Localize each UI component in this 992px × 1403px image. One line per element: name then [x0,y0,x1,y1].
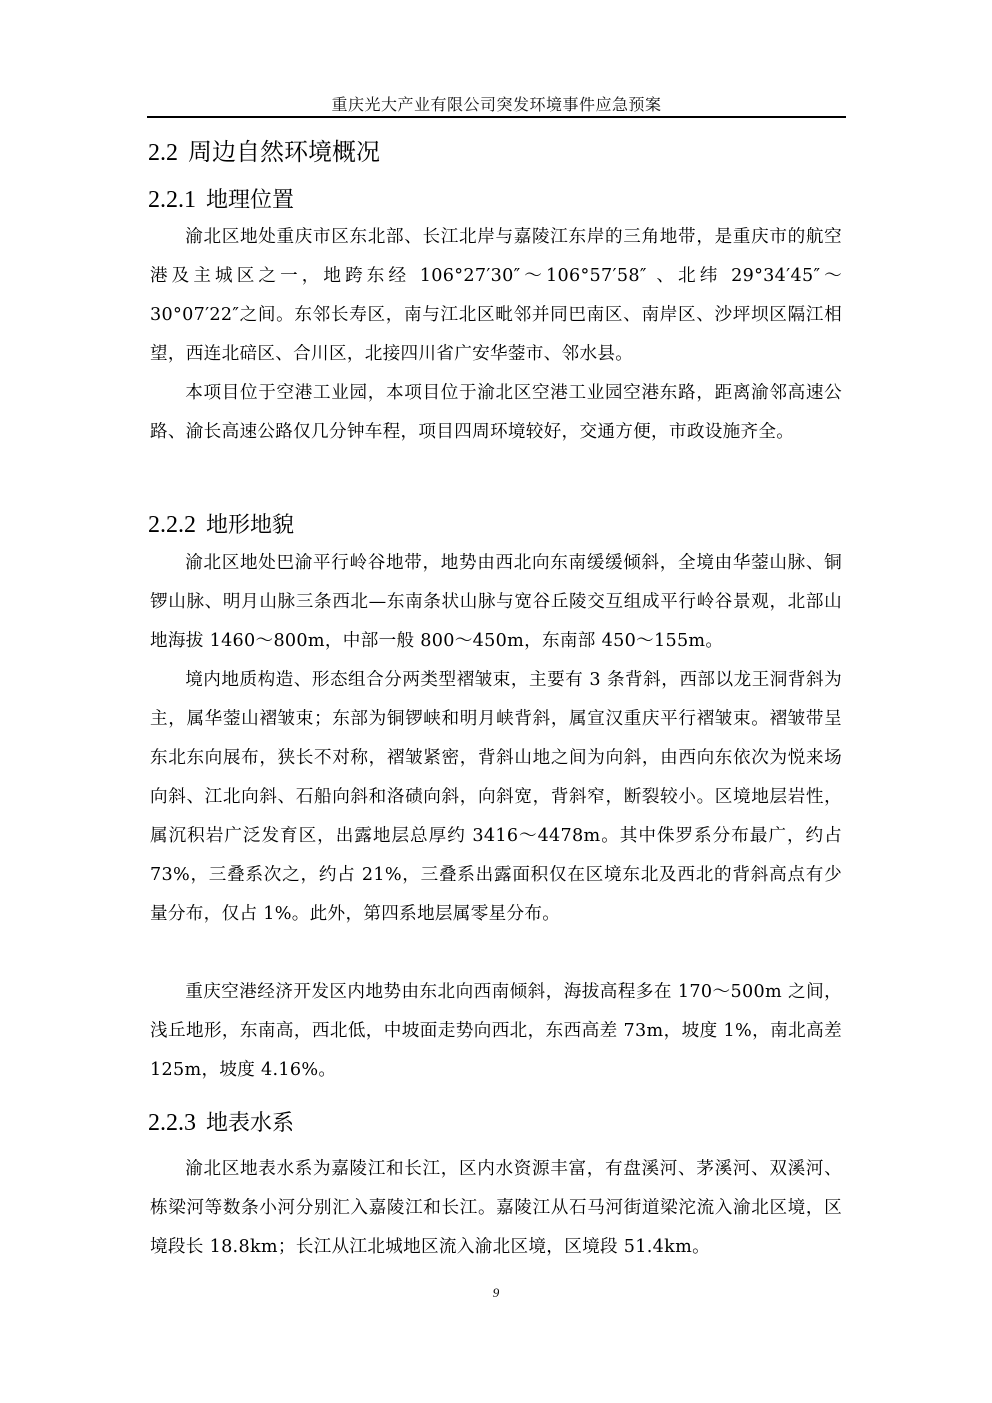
paragraph: 本项目位于空港工业园，本项目位于渝北区空港工业园空港东路，距离渝邻高速公路、渝长… [150,374,842,452]
section-title: 周边自然环境概况 [188,138,380,166]
running-header: 重庆光大产业有限公司突发环境事件应急预案 [147,92,846,115]
paragraph: 渝北区地处巴渝平行岭谷地带，地势由西北向东南缓缓倾斜，全境由华蓥山脉、铜锣山脉、… [150,544,842,661]
paragraph: 重庆空港经济开发区内地势由东北向西南倾斜，海拔高程多在 170～500m 之间，… [150,973,842,1090]
subsection-number: 2.2.2 [148,512,196,538]
paragraph: 渝北区地处重庆市区东北部、长江北岸与嘉陵江东岸的三角地带，是重庆市的航空港及主城… [150,218,842,374]
document-page: 重庆光大产业有限公司突发环境事件应急预案 2.2周边自然环境概况 2.2.1地理… [0,0,992,1403]
subsection-number: 2.2.3 [148,1110,196,1136]
paragraph: 境内地质构造、形态组合分两类型褶皱束，主要有 3 条背斜，西部以龙王洞背斜为主，… [150,661,842,934]
subsection-title: 地形地貌 [206,513,294,538]
subsection-heading-water-system: 2.2.3地表水系 [148,1106,294,1137]
subsection-title: 地表水系 [206,1111,294,1136]
subsection-number: 2.2.1 [148,187,196,213]
paragraph: 渝北区地表水系为嘉陵江和长江，区内水资源丰富，有盘溪河、茅溪河、双溪河、栋梁河等… [150,1150,842,1267]
subsection-heading-geography: 2.2.1地理位置 [148,183,294,214]
section-number: 2.2 [148,140,178,166]
section-heading: 2.2周边自然环境概况 [148,132,380,167]
page-number: 9 [0,1285,992,1301]
header-divider [147,116,846,118]
subsection-heading-landform: 2.2.2地形地貌 [148,508,294,539]
subsection-title: 地理位置 [206,188,294,213]
